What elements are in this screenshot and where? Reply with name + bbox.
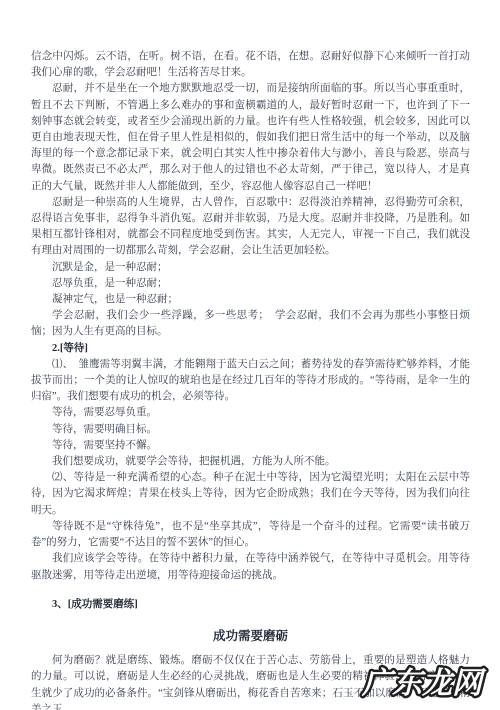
watermark: 广东龙网 xyxy=(347,662,497,704)
paragraph: 沉默是金，是一种忍耐； xyxy=(31,260,470,276)
section-heading-success: 3、[成功需要磨练] xyxy=(31,597,470,613)
paragraph: 等待既不是“守株待兔”，也不是“坐享其成”，等待是一个奋斗的过程。它需要“读书破… xyxy=(31,519,470,551)
paragraph-continuation: 信念中闪烁。云不语，在听。树不语，在看。花不语，在想。忍耐好似静下心来倾听一首打… xyxy=(31,49,470,81)
watermark-text: 广东龙网 xyxy=(361,667,487,700)
paragraph: 等待，需要明确目标。 xyxy=(31,422,470,438)
paragraph: 我们应该学会等待。在等待中蓄积力量，在等待中涵养锐气，在等待中寻觅机会。用等待驱… xyxy=(31,551,470,583)
paragraph: 忍耐，并不是坐在一个地方默默地忍受一切，而是接纳所面临的事。所以当心事重重时，暂… xyxy=(31,81,470,194)
paragraph: 忍辱负重，是一种忍耐； xyxy=(31,276,470,292)
document-content: 信念中闪烁。云不语，在听。树不语，在看。花不语，在想。忍耐好似静下心来倾听一首打… xyxy=(31,49,470,710)
paragraph: ⑴、 雏鹰需等羽翼丰满，才能翱翔于蓝天白云之间；蓄势待发的春笋需待贮够养料，才能… xyxy=(31,357,470,406)
paragraph: 忍耐是一种崇高的人生境界，古人曾作，百忍歌中：忍得淡泊养精神，忍得勤劳可余积，忍… xyxy=(31,195,470,260)
essay-title: 成功需要磨砺 xyxy=(31,628,470,644)
document-page: 信念中闪烁。云不语，在听。树不语，在看。花不语，在想。忍耐好似静下心来倾听一首打… xyxy=(0,0,500,710)
paragraph: 等待，需要忍辱负重。 xyxy=(31,405,470,421)
paragraph: 凝神定气，也是一种忍耐； xyxy=(31,292,470,308)
section-heading-waiting: 2.[等待] xyxy=(31,341,470,357)
paragraph: 学会忍耐，我们会少一些浮躁，多一些思考； 学会忍耐，我们不会再为那些小事整日烦恼… xyxy=(31,308,470,340)
paragraph: 我们想要成功，就要学会等待，把握机遇，方能为人所不能。 xyxy=(31,454,470,470)
paragraph: 等待，需要坚持不懈。 xyxy=(31,438,470,454)
paragraph: ⑵、等待是一种充满希望的心态。种子在泥土中等待，因为它渴望光明；太阳在云层中等待… xyxy=(31,470,470,519)
